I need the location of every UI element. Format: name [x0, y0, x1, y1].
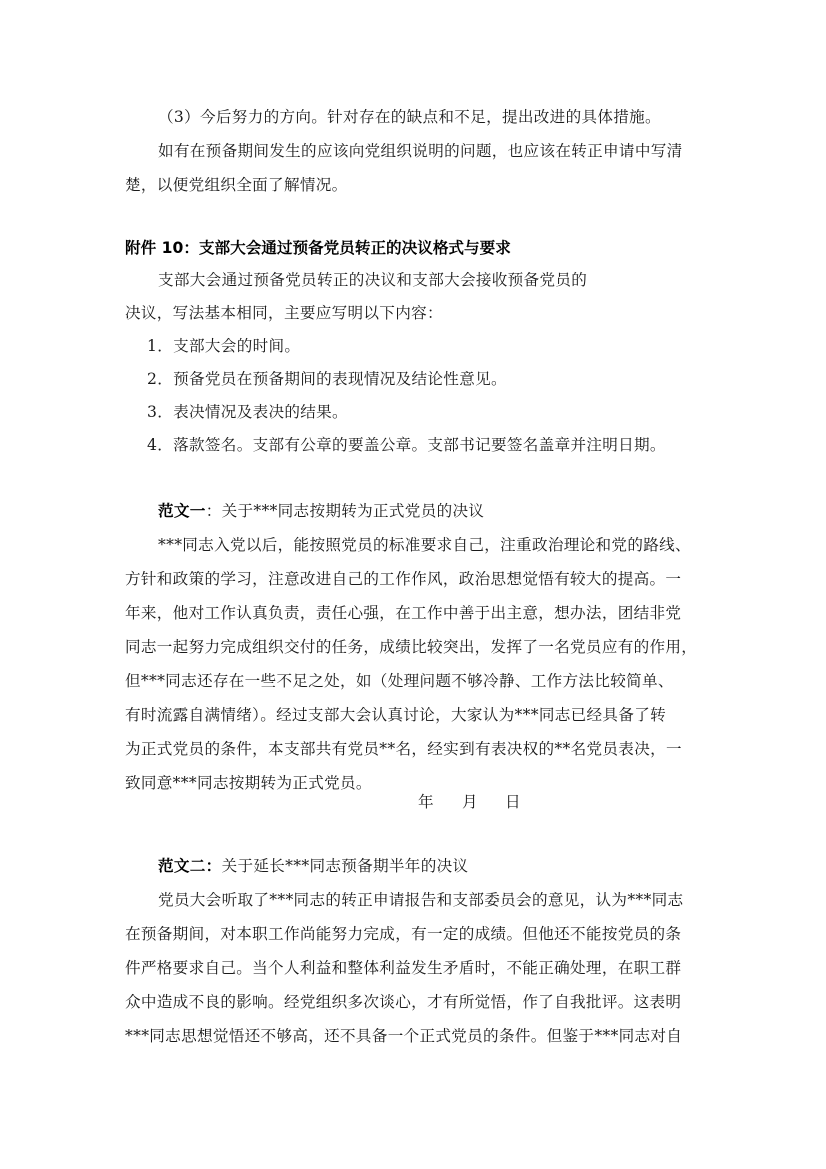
paragraph-line: 众中造成不良的影响。经党组织多次谈心，才有所觉悟，作了自我批评。这表明	[125, 992, 681, 1012]
list-item: 1．支部大会的时间。	[147, 336, 300, 356]
sample2-label: 范文二：	[158, 857, 222, 875]
note-line: 楚，以便党组织全面了解情况。	[125, 175, 348, 195]
date-month: 月	[462, 790, 478, 812]
paragraph-line: 件严格要求自己。当个人利益和整体利益发生矛盾时，不能正确处理，在职工群	[125, 958, 681, 978]
sample1-title: ：关于***同志按期转为正式党员的决议	[206, 502, 485, 520]
sample2-title: 关于延长***同志预备期半年的决议	[222, 857, 469, 875]
paragraph-line: 为正式党员的条件，本支部共有党员**名，经实到有表决权的**名党员表决，一	[125, 739, 682, 759]
paragraph-line: 有时流露自满情绪）。经过支部大会认真讨论，大家认为***同志已经具备了转	[125, 705, 666, 725]
date-day: 日	[505, 790, 521, 812]
paragraph-line: ***同志思想觉悟还不够高，还不具备一个正式党员的条件。但鉴于***同志对自	[125, 1026, 682, 1046]
date-year: 年	[418, 790, 434, 812]
paragraph-line: ***同志入党以后，能按照党员的标准要求自己，注重政治理论和党的路线、	[158, 535, 691, 555]
paragraph-line: 在预备期间，对本职工作尚能努力完成，有一定的成绩。但他还不能按党员的条	[125, 924, 681, 944]
paragraph-line: 致同意***同志按期转为正式党员。	[125, 773, 372, 793]
list-item: 3．表决情况及表决的结果。	[147, 402, 348, 422]
list-item: 2．预备党员在预备期间的表现情况及结论性意见。	[147, 369, 507, 389]
sample2-heading: 范文二：关于延长***同志预备期半年的决议	[158, 856, 468, 876]
intro-line: 决议，写法基本相同，主要应写明以下内容：	[125, 303, 443, 323]
point-3: （3）今后努力的方向。针对存在的缺点和不足，提出改进的具体措施。	[158, 107, 661, 127]
list-item: 4．落款签名。支部有公章的要盖公章。支部书记要签名盖章并注明日期。	[147, 435, 666, 455]
sample1-label: 范文一	[158, 502, 206, 520]
paragraph-line: 但***同志还存在一些不足之处，如（处理问题不够冷静、工作方法比较简单、	[125, 671, 674, 691]
intro-line: 支部大会通过预备党员转正的决议和支部大会接收预备党员的	[158, 270, 587, 290]
sample1-heading: 范文一：关于***同志按期转为正式党员的决议	[158, 501, 484, 521]
paragraph-line: 方针和政策的学习，注意改进自己的工作作风，政治思想觉悟有较大的提高。一	[125, 569, 681, 589]
note-line: 如有在预备期间发生的应该向党组织说明的问题，也应该在转正申请中写清	[158, 141, 683, 161]
paragraph-line: 同志一起努力完成组织交付的任务，成绩比较突出，发挥了一名党员应有的作用，	[125, 637, 697, 657]
paragraph-line: 年来，他对工作认真负责，责任心强，在工作中善于出主意，想办法，团结非党	[125, 603, 681, 623]
appendix-title: 附件 10：支部大会通过预备党员转正的决议格式与要求	[125, 238, 511, 258]
paragraph-line: 党员大会听取了***同志的转正申请报告和支部委员会的意见，认为***同志	[158, 890, 683, 910]
